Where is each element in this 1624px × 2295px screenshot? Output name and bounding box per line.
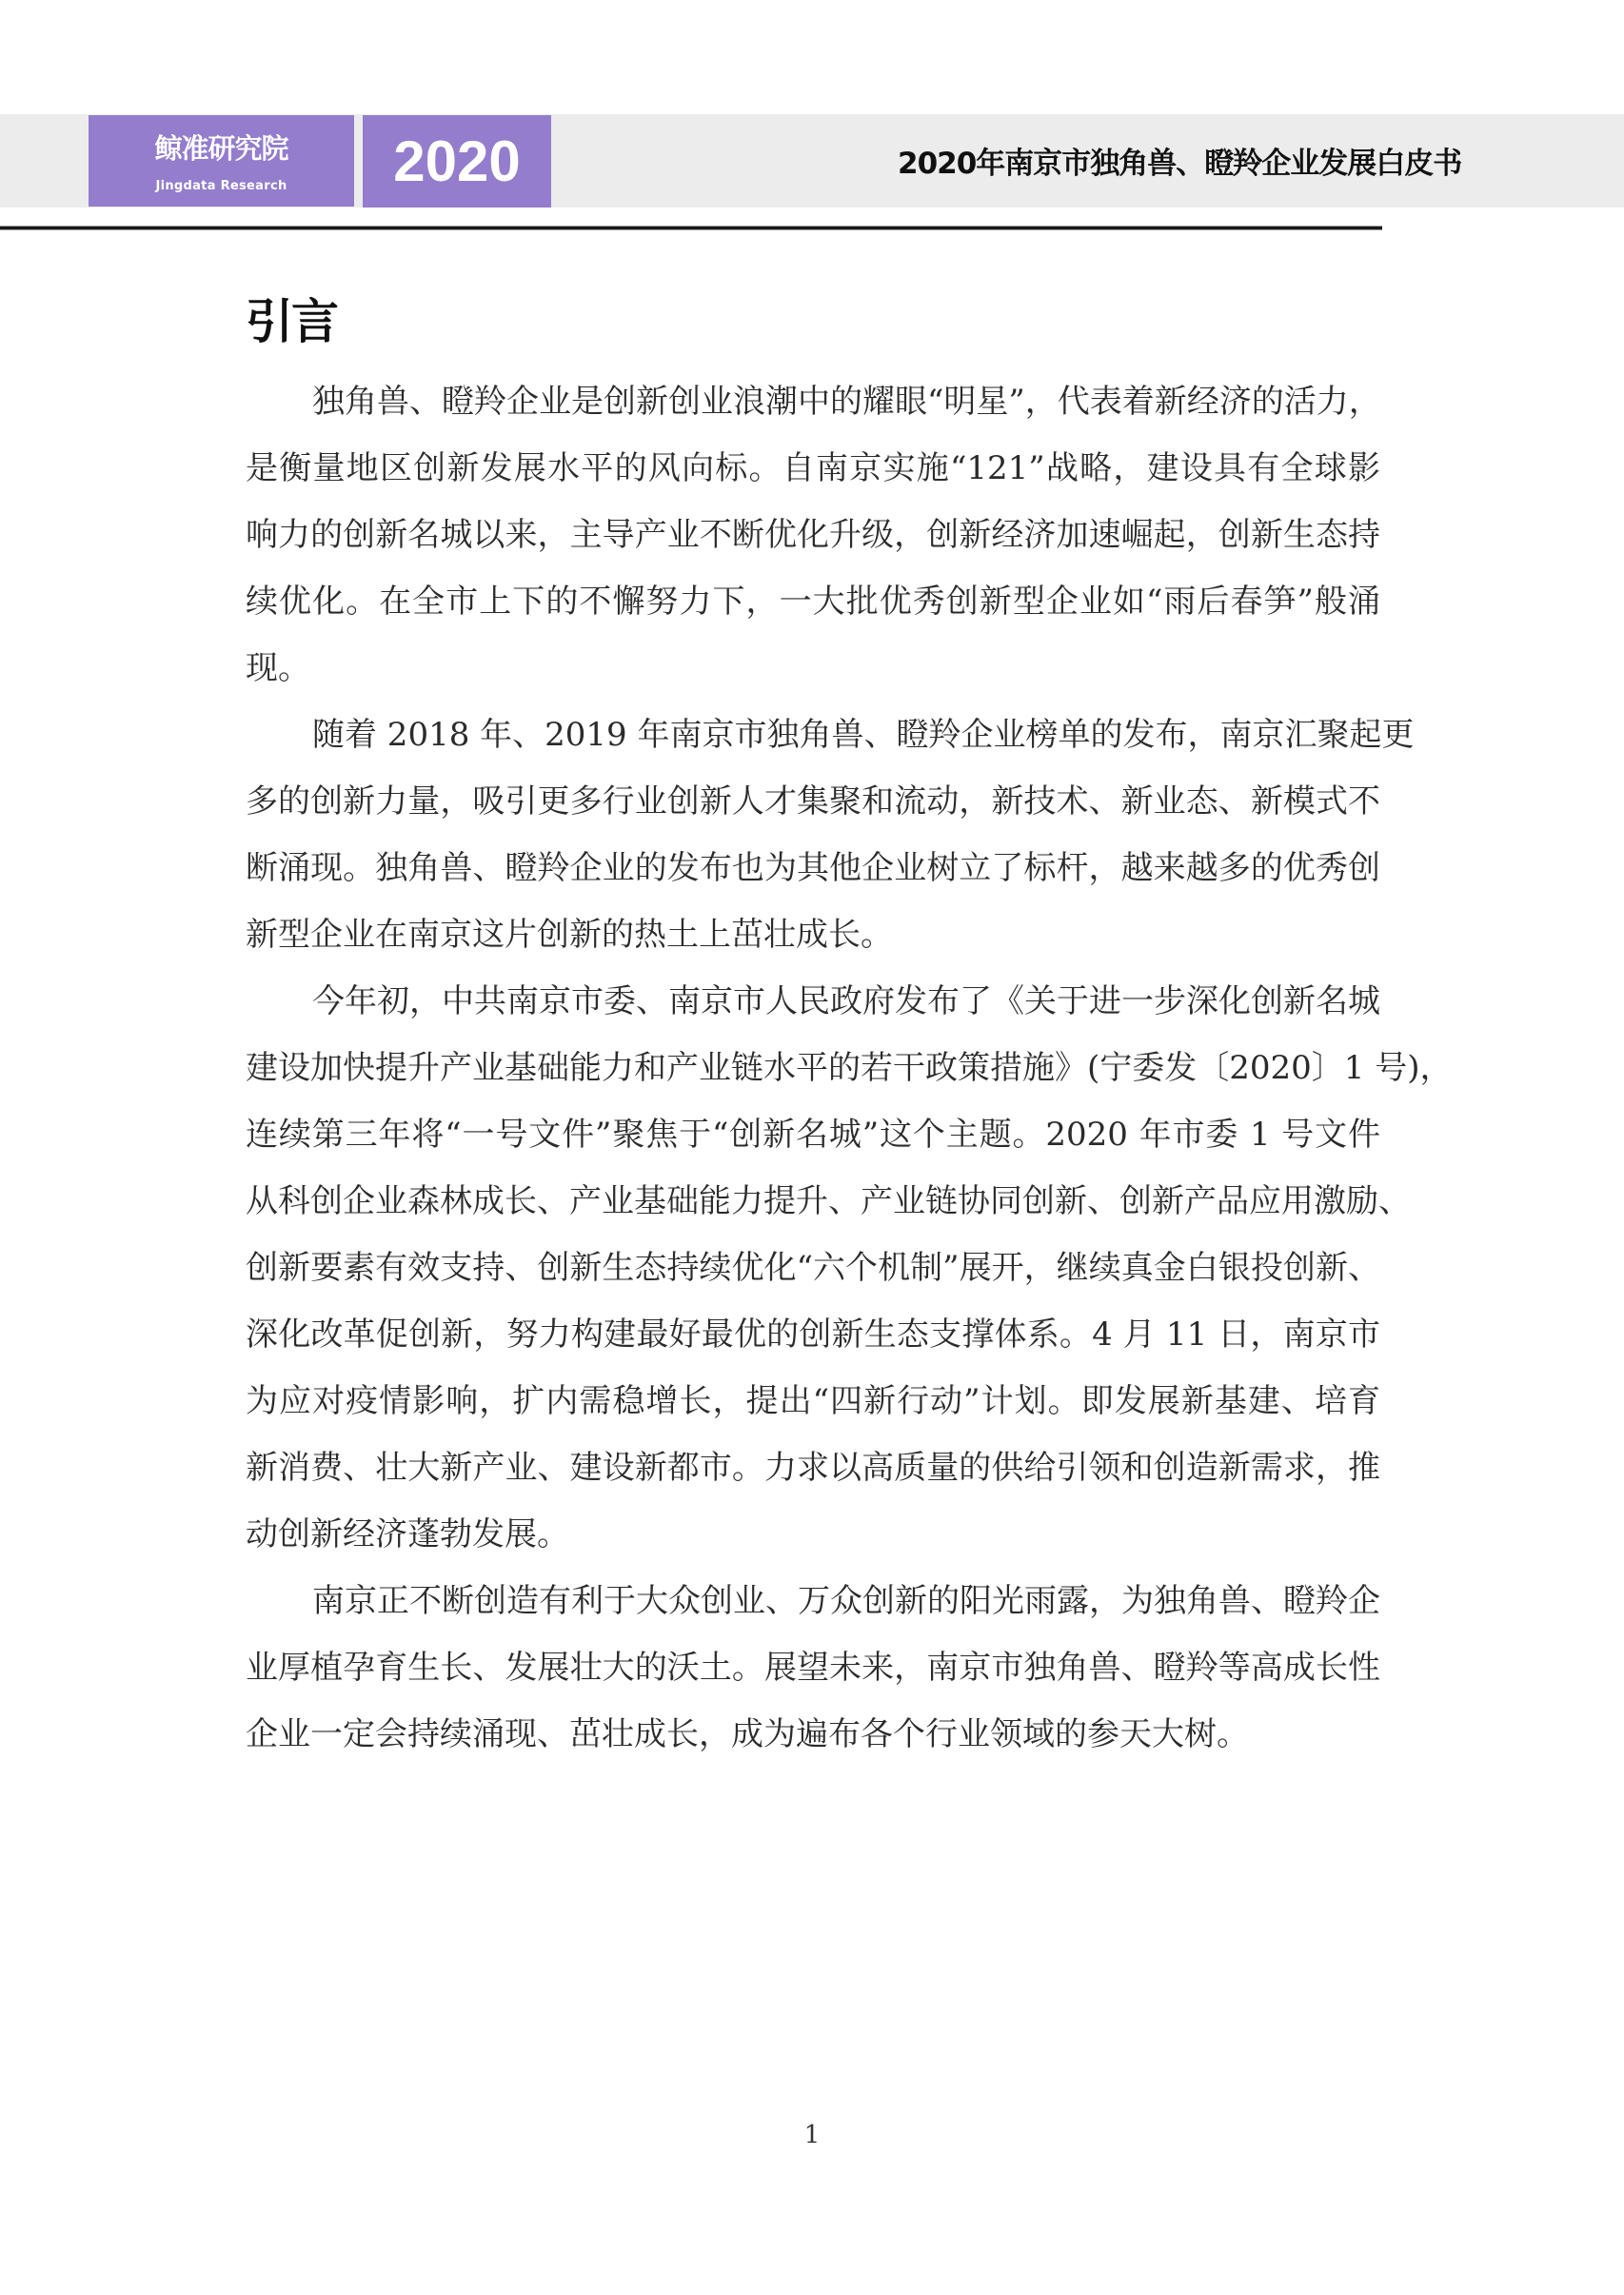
text-line: 南京正不断创造有利于大众创业、万众创新的阳光雨露，为独角兽、瞪羚企 [246,1568,1380,1634]
paragraph-3: 今年初，中共南京市委、南京市人民政府发布了《关于进一步深化创新名城 建设加快提升… [246,968,1380,1568]
text-line: 业厚植孕育生长、发展壮大的沃土。展望未来，南京市独角兽、瞪羚等高成长性 [246,1634,1380,1701]
text-line: 随着 2018 年、2019 年南京市独角兽、瞪羚企业榜单的发布，南京汇聚起更 [246,702,1380,768]
year-badge: 2020 [363,115,551,208]
text-line: 为应对疫情影响，扩内需稳增长，提出“四新行动”计划。即发展新基建、培育 [246,1368,1380,1434]
paragraph-4: 南京正不断创造有利于大众创业、万众创新的阳光雨露，为独角兽、瞪羚企 业厚植孕育生… [246,1568,1380,1768]
text-line: 今年初，中共南京市委、南京市人民政府发布了《关于进一步深化创新名城 [246,968,1380,1035]
text-line: 新型企业在南京这片创新的热土上茁壮成长。 [246,901,1380,968]
text-line: 独角兽、瞪羚企业是创新创业浪潮中的耀眼“明星”，代表着新经济的活力， [246,368,1380,435]
text-line: 续优化。在全市上下的不懈努力下，一大批优秀创新型企业如“雨后春笋”般涌 [246,568,1380,635]
brand-name-en: Jingdata Research [89,179,354,194]
section-heading: 引言 [246,288,337,355]
text-line: 响力的创新名城以来，主导产业不断优化升级，创新经济加速崛起，创新生态持 [246,502,1380,568]
text-line: 是衡量地区创新发展水平的风向标。自南京实施“121”战略，建设具有全球影 [246,435,1380,502]
brand-name-cn: 鲸准研究院 [89,132,354,165]
text-line: 断涌现。独角兽、瞪羚企业的发布也为其他企业树立了标杆，越来越多的优秀创 [246,835,1380,901]
header-divider [0,227,1382,229]
text-line: 新消费、壮大新产业、建设新都市。力求以高质量的供给引领和创造新需求，推 [246,1434,1380,1501]
text-line: 从科创企业森林成长、产业基础能力提升、产业链协同创新、创新产品应用激励、 [246,1168,1380,1235]
paragraph-2: 随着 2018 年、2019 年南京市独角兽、瞪羚企业榜单的发布，南京汇聚起更 … [246,702,1380,968]
text-line: 企业一定会持续涌现、茁壮成长，成为遍布各个行业领域的参天大树。 [246,1701,1380,1768]
document-title: 2020年南京市独角兽、瞪羚企业发展白皮书 [898,143,1461,185]
body-text: 独角兽、瞪羚企业是创新创业浪潮中的耀眼“明星”，代表着新经济的活力， 是衡量地区… [246,368,1380,1768]
text-line: 建设加快提升产业基础能力和产业链水平的若干政策措施》(宁委发〔2020〕1 号)… [246,1035,1380,1101]
text-line: 连续第三年将“一号文件”聚焦于“创新名城”这个主题。2020 年市委 1 号文件 [246,1101,1380,1168]
text-line: 动创新经济蓬勃发展。 [246,1501,1380,1568]
page-number: 1 [0,2119,1624,2151]
text-line: 多的创新力量，吸引更多行业创新人才集聚和流动，新技术、新业态、新模式不 [246,768,1380,835]
text-line: 现。 [246,635,1380,702]
paragraph-1: 独角兽、瞪羚企业是创新创业浪潮中的耀眼“明星”，代表着新经济的活力， 是衡量地区… [246,368,1380,702]
brand-logo: 鲸准研究院 Jingdata Research [89,115,354,207]
text-line: 深化改革促创新，努力构建最好最优的创新生态支撑体系。4 月 11 日，南京市 [246,1301,1380,1368]
text-line: 创新要素有效支持、创新生态持续优化“六个机制”展开，继续真金白银投创新、 [246,1235,1380,1301]
